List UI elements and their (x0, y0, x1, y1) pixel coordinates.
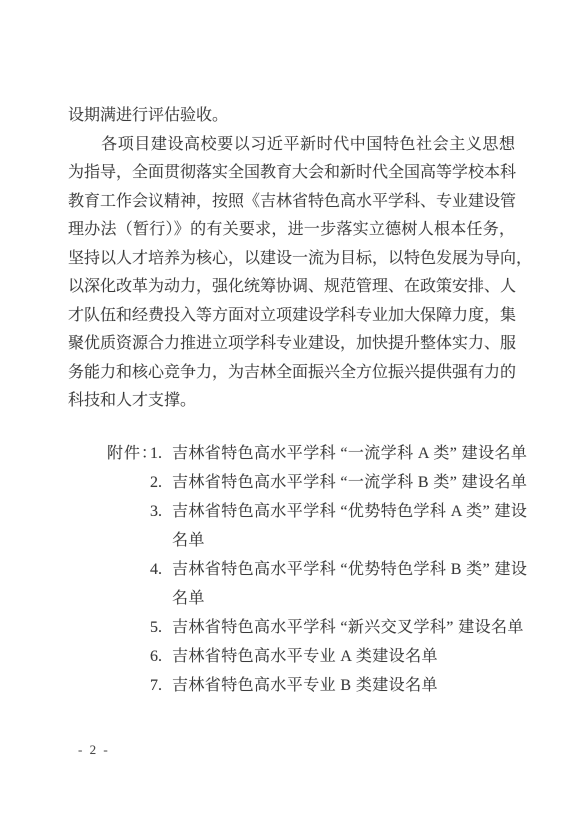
attachment-item-text: 吉林省特色高水平学科 “新兴交叉学科” 建设名单 (172, 613, 524, 642)
attachments-section: 附件： 1. 吉林省特色高水平学科 “一流学科 A 类” 建设名单 2. 吉林省… (107, 439, 527, 700)
attachments-list: 1. 吉林省特色高水平学科 “一流学科 A 类” 建设名单 2. 吉林省特色高水… (150, 439, 527, 700)
attachment-item: 6. 吉林省特色高水平专业 A 类建设名单 (150, 642, 527, 671)
body-text-line: 以深化改革为动力，强化统筹协调、规范管理、在政策安排、人 (68, 273, 515, 302)
body-text: 设期满进行评估验收。 各项目建设高校要以习近平新时代中国特色社会主义思想为指导，… (68, 102, 515, 416)
attachment-item: 3. 吉林省特色高水平学科 “优势特色学科 A 类” 建设 (150, 497, 527, 526)
body-text-line: 科技和人才支撑。 (68, 387, 515, 416)
attachment-item-text: 吉林省特色高水平学科 “优势特色学科 B 类” 建设 (172, 555, 527, 584)
attachment-item: 名单 (150, 584, 527, 613)
attachment-item-number: 3. (150, 497, 172, 526)
document-page: 设期满进行评估验收。 各项目建设高校要以习近平新时代中国特色社会主义思想为指导，… (0, 0, 588, 831)
body-text-line: 设期满进行评估验收。 (68, 102, 515, 131)
attachment-item-number: 2. (150, 468, 172, 497)
body-text-line: 务能力和核心竞争力，为吉林全面振兴全方位振兴提供强有力的 (68, 359, 515, 388)
attachment-item-text: 吉林省特色高水平学科 “一流学科 B 类” 建设名单 (172, 468, 527, 497)
body-text-line: 坚持以人才培养为核心，以建设一流为目标，以特色发展为导向， (68, 245, 515, 274)
attachment-item-text: 吉林省特色高水平专业 A 类建设名单 (172, 642, 438, 671)
body-text-line: 理办法（暂行）》的有关要求，进一步落实立德树人根本任务， (68, 216, 515, 245)
attachment-item: 5. 吉林省特色高水平学科 “新兴交叉学科” 建设名单 (150, 613, 527, 642)
body-text-line: 各项目建设高校要以习近平新时代中国特色社会主义思想 (68, 131, 515, 160)
attachment-item: 1. 吉林省特色高水平学科 “一流学科 A 类” 建设名单 (150, 439, 527, 468)
attachments-label: 附件： (107, 439, 158, 468)
attachment-item-number: 7. (150, 671, 172, 700)
attachment-item-text: 名单 (172, 526, 205, 555)
attachment-item-number: 6. (150, 642, 172, 671)
body-text-line: 聚优质资源合力推进立项学科专业建设，加快提升整体实力、服 (68, 330, 515, 359)
attachment-item-number: 4. (150, 555, 172, 584)
attachment-item: 7. 吉林省特色高水平专业 B 类建设名单 (150, 671, 527, 700)
body-text-line: 为指导，全面贯彻落实全国教育大会和新时代全国高等学校本科 (68, 159, 515, 188)
attachment-item-number: 5. (150, 613, 172, 642)
body-text-line: 才队伍和经费投入等方面对立项建设学科专业加大保障力度，集 (68, 302, 515, 331)
body-text-line: 教育工作会议精神，按照《吉林省特色高水平学科、专业建设管 (68, 188, 515, 217)
page-number: - 2 - (78, 742, 110, 758)
attachment-item: 名单 (150, 526, 527, 555)
attachment-item-text: 吉林省特色高水平学科 “一流学科 A 类” 建设名单 (172, 439, 527, 468)
attachment-item-text: 名单 (172, 584, 205, 613)
attachment-item-text: 吉林省特色高水平专业 B 类建设名单 (172, 671, 438, 700)
attachment-item: 4. 吉林省特色高水平学科 “优势特色学科 B 类” 建设 (150, 555, 527, 584)
attachment-item: 2. 吉林省特色高水平学科 “一流学科 B 类” 建设名单 (150, 468, 527, 497)
attachment-item-text: 吉林省特色高水平学科 “优势特色学科 A 类” 建设 (172, 497, 527, 526)
